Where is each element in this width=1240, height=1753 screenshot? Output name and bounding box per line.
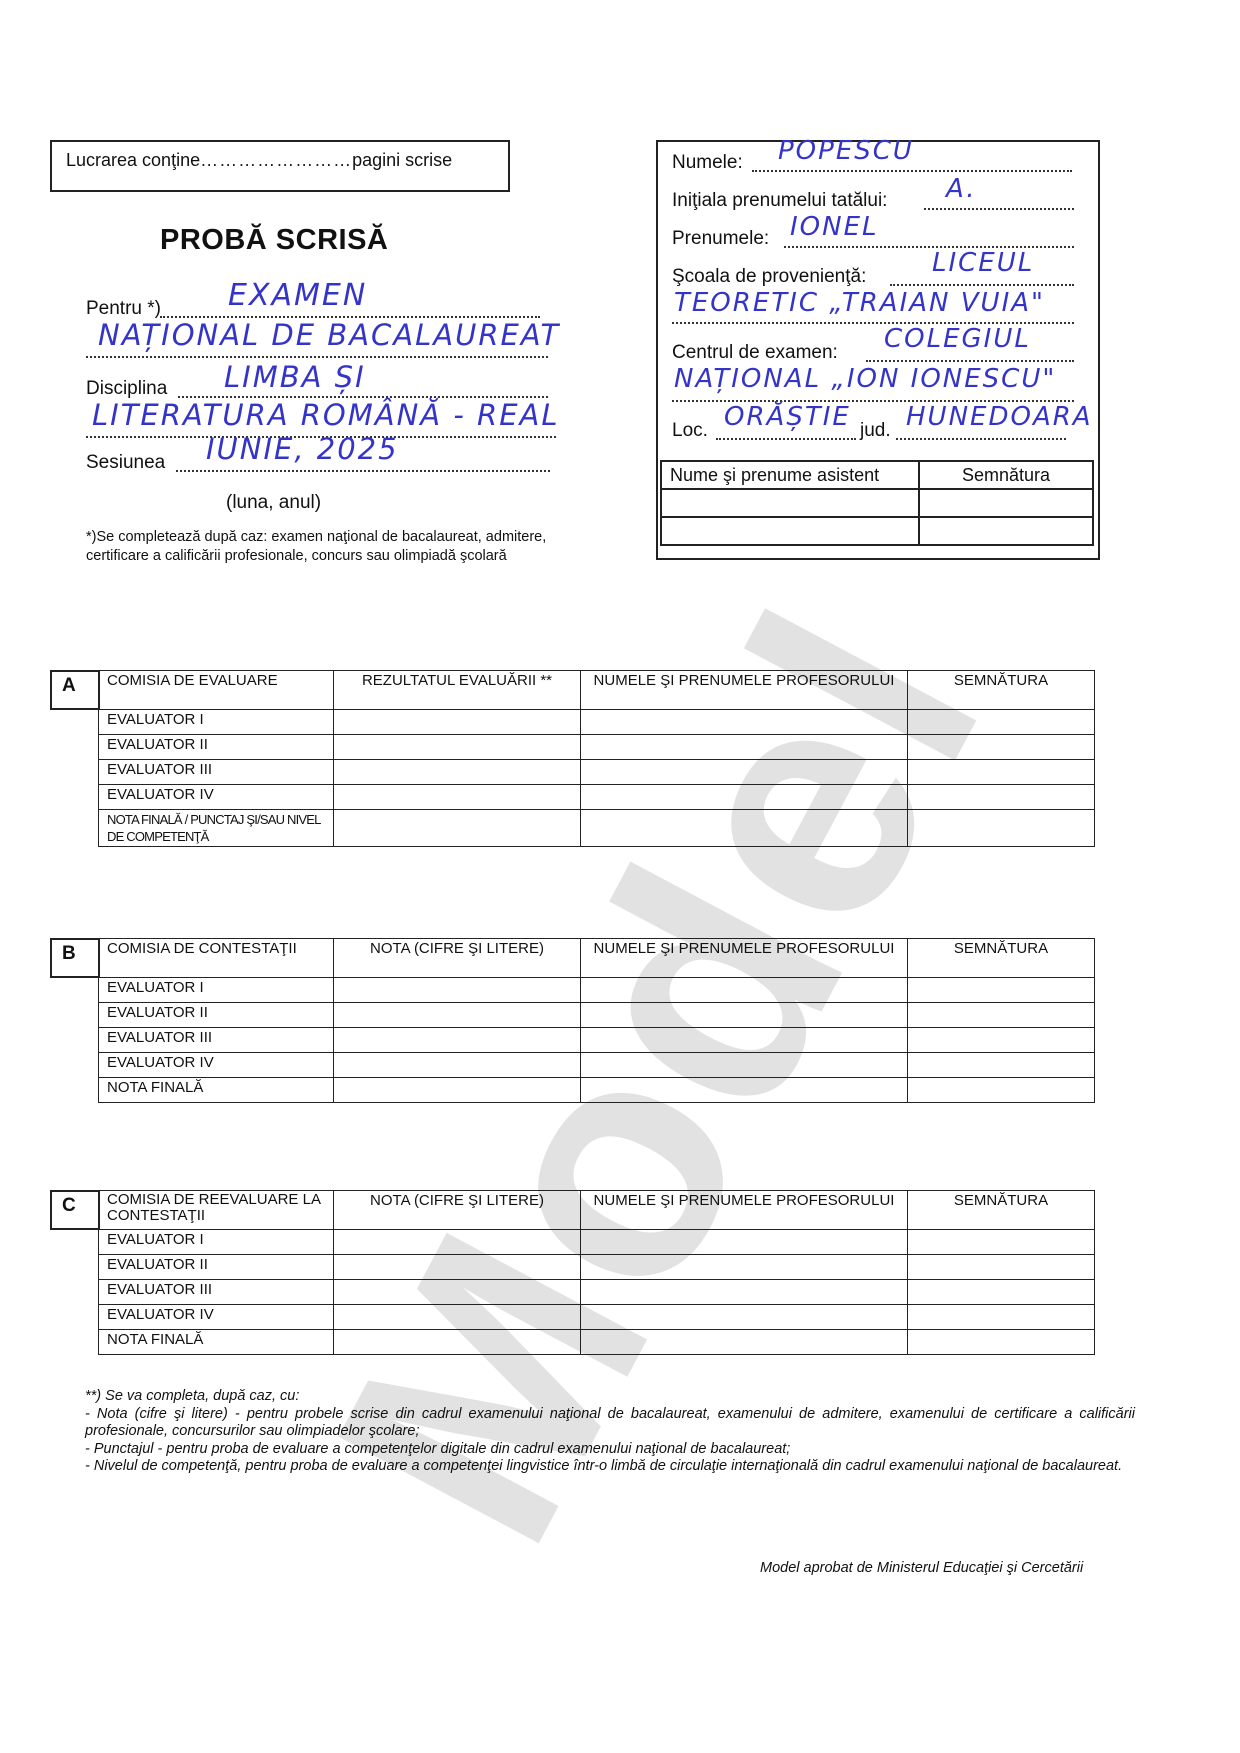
disciplina-value-2[interactable]: LITERATURA ROMÂNĂ - REAL	[92, 398, 560, 432]
grade-cell[interactable]	[334, 1330, 581, 1355]
row-label: EVALUATOR III	[99, 1028, 334, 1053]
row-label: EVALUATOR IV	[99, 1053, 334, 1078]
scoala-value-2[interactable]: TEORETIC „TRAIAN VUIA"	[674, 288, 1045, 318]
teacher-name-cell[interactable]	[581, 1255, 908, 1280]
teacher-name-cell[interactable]	[581, 785, 908, 810]
signature-cell[interactable]	[908, 810, 1095, 847]
teacher-name-cell[interactable]	[581, 1078, 908, 1103]
teacher-name-cell[interactable]	[581, 1230, 908, 1255]
signature-cell[interactable]	[908, 1003, 1095, 1028]
assistant-table: Nume şi prenume asistent Semnătura	[660, 460, 1094, 546]
numele-label: Numele:	[672, 152, 743, 174]
result-cell[interactable]	[334, 710, 581, 735]
header-signature: SEMNĂTURA	[908, 671, 1095, 710]
grade-cell[interactable]	[334, 1230, 581, 1255]
prenumele-value[interactable]: IONEL	[790, 212, 879, 242]
footnote-item-level: - Nivelul de competenţă, pentru proba de…	[85, 1458, 1135, 1476]
result-cell[interactable]	[334, 785, 581, 810]
signature-cell[interactable]	[908, 1078, 1095, 1103]
row-label-final: NOTA FINALĂ / PUNCTAJ ŞI/SAU NIVEL DE CO…	[99, 810, 334, 847]
sesiunea-hint: (luna, anul)	[226, 492, 321, 514]
exam-type-note-1: *)Se completează după caz: examen naţion…	[86, 528, 546, 547]
signature-cell[interactable]	[908, 978, 1095, 1003]
pentru-line-2[interactable]	[86, 356, 548, 358]
footnote-item-grade: - Nota (cifre şi litere) - pentru probel…	[85, 1406, 1135, 1441]
header-signature: SEMNĂTURA	[908, 1191, 1095, 1230]
header-commission: COMISIA DE EVALUARE	[99, 671, 334, 710]
header-grade: NOTA (CIFRE ŞI LITERE)	[334, 1191, 581, 1230]
section-b-letter: B	[50, 938, 100, 978]
pages-count-field[interactable]: ……………………	[200, 150, 352, 170]
teacher-name-cell[interactable]	[581, 1330, 908, 1355]
sesiunea-label: Sesiunea	[86, 452, 165, 474]
teacher-name-cell[interactable]	[581, 735, 908, 760]
signature-cell[interactable]	[908, 1280, 1095, 1305]
grade-cell[interactable]	[334, 1305, 581, 1330]
jud-value[interactable]: HUNEDOARA	[906, 402, 1093, 432]
teacher-name-cell[interactable]	[581, 760, 908, 785]
initiala-line[interactable]	[924, 208, 1074, 210]
pentru-value-1[interactable]: EXAMEN	[228, 278, 367, 313]
header-commission: COMISIA DE REEVALUARE LA CONTESTAŢII	[99, 1191, 334, 1230]
page-title: PROBĂ SCRISĂ	[160, 224, 388, 257]
section-a-table: COMISIA DE EVALUARE REZULTATUL EVALUĂRII…	[98, 670, 1095, 847]
header-teacher-name: NUMELE ŞI PRENUMELE PROFESORULUI	[581, 671, 908, 710]
section-b-table: COMISIA DE CONTESTAŢII NOTA (CIFRE ŞI LI…	[98, 938, 1095, 1103]
scoala-label: Şcoala de provenienţă:	[672, 266, 866, 288]
sesiunea-line[interactable]	[176, 470, 550, 472]
signature-cell[interactable]	[908, 1330, 1095, 1355]
grade-cell[interactable]	[334, 1078, 581, 1103]
signature-cell[interactable]	[908, 1305, 1095, 1330]
teacher-name-cell[interactable]	[581, 1028, 908, 1053]
grade-cell[interactable]	[334, 1053, 581, 1078]
signature-cell[interactable]	[908, 785, 1095, 810]
header-grade: NOTA (CIFRE ŞI LITERE)	[334, 939, 581, 978]
signature-cell[interactable]	[908, 760, 1095, 785]
assistant-signature-cell[interactable]	[919, 517, 1093, 545]
pages-suffix: pagini scrise	[352, 150, 452, 170]
grade-cell[interactable]	[334, 1003, 581, 1028]
centrul-label: Centrul de examen:	[672, 342, 838, 364]
row-label: EVALUATOR I	[99, 710, 334, 735]
section-c-letter: C	[50, 1190, 100, 1230]
grade-cell[interactable]	[334, 1280, 581, 1305]
row-label: EVALUATOR IV	[99, 1305, 334, 1330]
disciplina-value-1[interactable]: LIMBA ȘI	[224, 360, 366, 394]
teacher-name-cell[interactable]	[581, 1305, 908, 1330]
signature-cell[interactable]	[908, 1028, 1095, 1053]
teacher-name-cell[interactable]	[581, 1003, 908, 1028]
footnote-item-score: - Punctajul - pentru proba de evaluare a…	[85, 1441, 1135, 1459]
grade-cell[interactable]	[334, 1028, 581, 1053]
signature-cell[interactable]	[908, 710, 1095, 735]
disciplina-label: Disciplina	[86, 378, 167, 400]
row-label: EVALUATOR I	[99, 1230, 334, 1255]
assistant-name-cell[interactable]	[661, 489, 919, 517]
assistant-signature-header: Semnătura	[919, 461, 1093, 489]
loc-label: Loc.	[672, 420, 708, 442]
centrul-line-1[interactable]	[866, 360, 1074, 362]
section-a-letter: A	[50, 670, 100, 710]
row-label: EVALUATOR I	[99, 978, 334, 1003]
assistant-signature-cell[interactable]	[919, 489, 1093, 517]
signature-cell[interactable]	[908, 1053, 1095, 1078]
numele-line[interactable]	[752, 170, 1072, 172]
grade-cell[interactable]	[334, 1255, 581, 1280]
pages-prefix: Lucrarea conţine	[66, 150, 200, 170]
header-result: REZULTATUL EVALUĂRII **	[334, 671, 581, 710]
row-label-final: NOTA FINALĂ	[99, 1078, 334, 1103]
signature-cell[interactable]	[908, 1255, 1095, 1280]
row-label: EVALUATOR II	[99, 1003, 334, 1028]
result-cell[interactable]	[334, 735, 581, 760]
initiala-value[interactable]: A.	[946, 174, 977, 204]
teacher-name-cell[interactable]	[581, 1280, 908, 1305]
header-teacher-name: NUMELE ŞI PRENUMELE PROFESORULUI	[581, 1191, 908, 1230]
approval-note: Model aprobat de Ministerul Educaţiei şi…	[760, 1560, 1083, 1576]
loc-value[interactable]: ORĂȘTIE	[724, 402, 851, 432]
assistant-name-cell[interactable]	[661, 517, 919, 545]
sesiunea-value[interactable]: IUNIE, 2025	[206, 432, 399, 466]
assistant-name-header: Nume şi prenume asistent	[661, 461, 919, 489]
pentru-value-2[interactable]: NAȚIONAL DE BACALAUREAT	[98, 318, 560, 352]
loc-line[interactable]	[716, 438, 856, 440]
centrul-value-2[interactable]: NAȚIONAL „ION IONESCU"	[674, 364, 1056, 394]
jud-label: jud.	[860, 420, 891, 442]
grade-cell[interactable]	[334, 978, 581, 1003]
exam-cover-sheet: Lucrarea conţine……………………pagini scrise PR…	[0, 0, 1240, 1753]
centrul-value-1[interactable]: COLEGIUL	[884, 324, 1031, 354]
footnote-intro: **) Se va completa, după caz, cu:	[85, 1388, 1135, 1406]
scoala-value-1[interactable]: LICEUL	[932, 248, 1034, 278]
row-label-final: NOTA FINALĂ	[99, 1330, 334, 1355]
scoala-line-1[interactable]	[890, 284, 1074, 286]
pages-count-box: Lucrarea conţine……………………pagini scrise	[50, 140, 510, 192]
teacher-name-cell[interactable]	[581, 710, 908, 735]
row-label: EVALUATOR IV	[99, 785, 334, 810]
teacher-name-cell[interactable]	[581, 810, 908, 847]
section-c-table: COMISIA DE REEVALUARE LA CONTESTAŢII NOT…	[98, 1190, 1095, 1355]
pentru-label: Pentru *)	[86, 298, 161, 320]
row-label: EVALUATOR III	[99, 1280, 334, 1305]
signature-cell[interactable]	[908, 735, 1095, 760]
prenumele-label: Prenumele:	[672, 228, 769, 250]
footnote: **) Se va completa, după caz, cu: - Nota…	[85, 1388, 1135, 1476]
row-label: EVALUATOR III	[99, 760, 334, 785]
teacher-name-cell[interactable]	[581, 978, 908, 1003]
result-cell[interactable]	[334, 810, 581, 847]
teacher-name-cell[interactable]	[581, 1053, 908, 1078]
header-teacher-name: NUMELE ŞI PRENUMELE PROFESORULUI	[581, 939, 908, 978]
row-label: EVALUATOR II	[99, 1255, 334, 1280]
result-cell[interactable]	[334, 760, 581, 785]
signature-cell[interactable]	[908, 1230, 1095, 1255]
exam-type-note-2: certificare a calificării profesionale, …	[86, 547, 507, 566]
jud-line[interactable]	[896, 438, 1066, 440]
numele-value[interactable]: POPESCU	[778, 136, 914, 166]
row-label: EVALUATOR II	[99, 735, 334, 760]
initiala-label: Iniţiala prenumelui tatălui:	[672, 190, 887, 212]
header-commission: COMISIA DE CONTESTAŢII	[99, 939, 334, 978]
header-signature: SEMNĂTURA	[908, 939, 1095, 978]
